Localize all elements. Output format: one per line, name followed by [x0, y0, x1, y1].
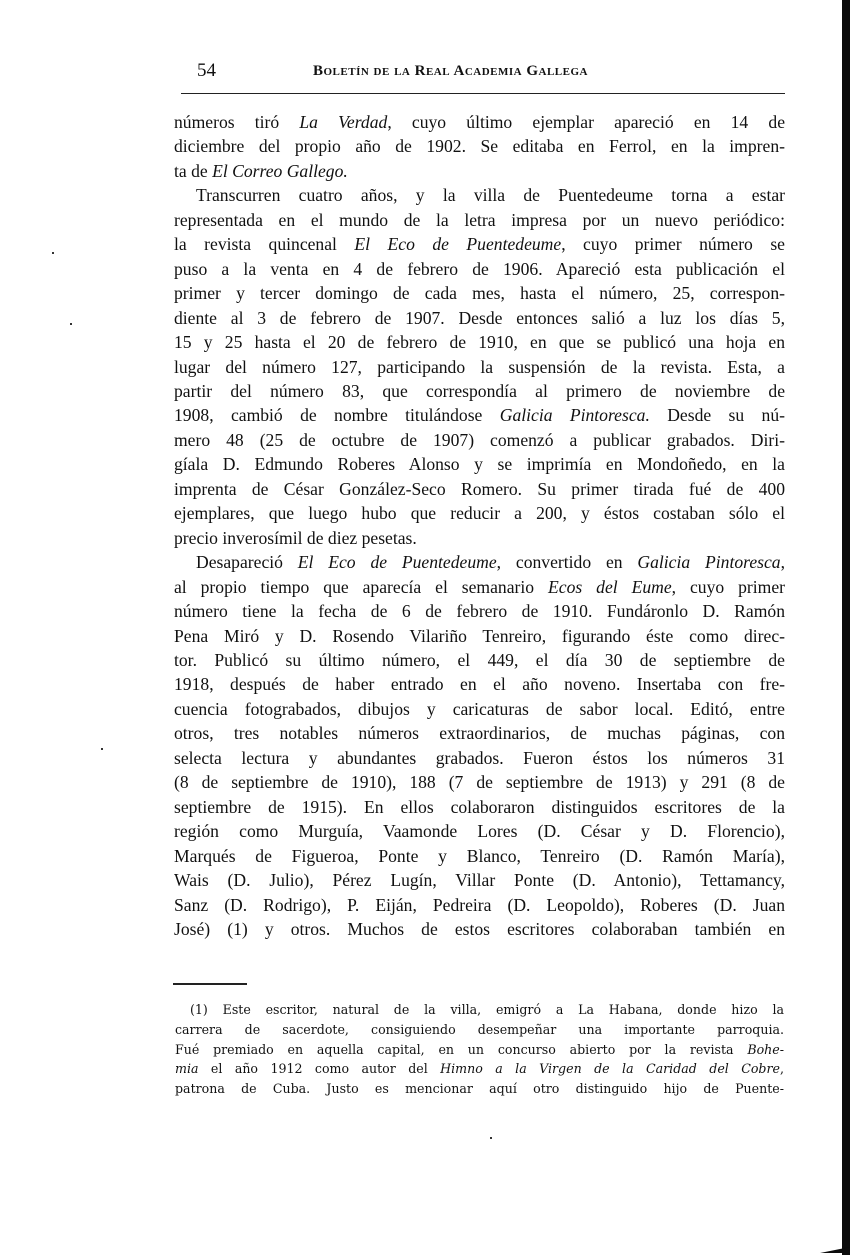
scan-edge	[842, 0, 850, 1255]
scan-speck	[101, 748, 103, 750]
body-line: Desapareció El Eco de Puentedeume, conve…	[174, 550, 785, 574]
footnote-rule	[173, 983, 247, 985]
body-line: gíala D. Edmundo Roberes Alonso y se imp…	[174, 452, 785, 476]
body-line: diciembre del propio año de 1902. Se edi…	[174, 134, 785, 158]
scan-speck	[490, 1137, 492, 1139]
text-run: José) (1) y otros. Muchos de estos escri…	[174, 919, 785, 939]
text-run: mero 48 (25 de octubre de 1907) comenzó …	[174, 430, 785, 450]
text-run: Pena Miró y D. Rosendo Vilariño Tenreiro…	[174, 626, 785, 646]
text-run: el año 1912 como autor del	[198, 1061, 440, 1076]
body-line: Wais (D. Julio), Pérez Lugín, Villar Pon…	[174, 868, 785, 892]
body-line: imprenta de César González-Seco Romero. …	[174, 477, 785, 501]
body-line: al propio tiempo que aparecía el semanar…	[174, 575, 785, 599]
italic-title: Galicia Pintoresca.	[500, 405, 650, 425]
body-line: Transcurren cuatro años, y la villa de P…	[174, 183, 785, 207]
text-run: precio inverosímil de diez pesetas.	[174, 528, 417, 548]
text-run: (1) Este escritor, natural de la villa, …	[190, 1002, 784, 1017]
italic-title: La Verdad	[299, 112, 387, 132]
text-run: representada en el mundo de la letra imp…	[174, 210, 785, 230]
italic-title: El Eco de Puentedeume	[354, 234, 561, 254]
body-line: 15 y 25 hasta el 20 de febrero de 1910, …	[174, 330, 785, 354]
text-run: Wais (D. Julio), Pérez Lugín, Villar Pon…	[174, 870, 785, 890]
text-run: números tiró	[174, 112, 299, 132]
text-run: gíala D. Edmundo Roberes Alonso y se imp…	[174, 454, 785, 474]
text-run: imprenta de César González-Seco Romero. …	[174, 479, 785, 499]
body-line: representada en el mundo de la letra imp…	[174, 208, 785, 232]
body-line: ejemplares, que luego hubo que reducir a…	[174, 501, 785, 525]
body-line: puso a la venta en 4 de febrero de 1906.…	[174, 257, 785, 281]
body-line: ta de El Correo Gallego.	[174, 159, 785, 183]
italic-title: mia	[175, 1061, 198, 1076]
scan-edge-foot	[820, 1247, 850, 1253]
footnote-line: Fué premiado en aquella capital, en un c…	[175, 1040, 784, 1060]
text-run: ta de	[174, 161, 212, 181]
text-run: carrera de sacerdote, consiguiendo desem…	[175, 1022, 784, 1037]
body-line: primer y tercer domingo de cada mes, has…	[174, 281, 785, 305]
body-line: lugar del número 127, participando la su…	[174, 355, 785, 379]
text-run: (8 de septiembre de 1910), 188 (7 de sep…	[174, 772, 785, 792]
text-run: 15 y 25 hasta el 20 de febrero de 1910, …	[174, 332, 785, 352]
text-run: partir del número 83, que correspondía a…	[174, 381, 785, 401]
text-run: patrona de Cuba. Justo es mencionar aquí…	[175, 1081, 784, 1096]
body-line: número tiene la fecha de 6 de febrero de…	[174, 599, 785, 623]
running-head: Boletín de la Real Academia Gallega	[313, 63, 588, 80]
body-line: diente al 3 de febrero de 1907. Desde en…	[174, 306, 785, 330]
body-text: números tiró La Verdad, cuyo último ejem…	[174, 110, 785, 941]
body-line: (8 de septiembre de 1910), 188 (7 de sep…	[174, 770, 785, 794]
body-line: números tiró La Verdad, cuyo último ejem…	[174, 110, 785, 134]
body-line: cuencia fotograbados, dibujos y caricatu…	[174, 697, 785, 721]
body-line: septiembre de 1915). En ellos colaboraro…	[174, 795, 785, 819]
body-line: mero 48 (25 de octubre de 1907) comenzó …	[174, 428, 785, 452]
text-run: 1908, cambió de nombre titulándose	[174, 405, 500, 425]
page-number: 54	[197, 60, 216, 82]
text-run: ,	[780, 1061, 784, 1076]
body-line: José) (1) y otros. Muchos de estos escri…	[174, 917, 785, 941]
scan-speck	[52, 252, 54, 254]
text-run: cuencia fotograbados, dibujos y caricatu…	[174, 699, 785, 719]
text-run: otros, tres notables números extraordina…	[174, 723, 785, 743]
body-line: partir del número 83, que correspondía a…	[174, 379, 785, 403]
body-line: precio inverosímil de diez pesetas.	[174, 526, 785, 550]
text-run: número tiene la fecha de 6 de febrero de…	[174, 601, 785, 621]
text-run: Desapareció	[196, 552, 298, 572]
italic-title: Ecos del Eume	[548, 577, 672, 597]
text-run: tor. Publicó su último número, el 449, e…	[174, 650, 785, 670]
text-run: primer y tercer domingo de cada mes, has…	[174, 283, 785, 303]
body-line: Marqués de Figueroa, Ponte y Blanco, Ten…	[174, 844, 785, 868]
text-run: , convertido en	[497, 552, 638, 572]
scan-speck	[70, 323, 72, 325]
text-run: , cuyo primer	[672, 577, 785, 597]
header-rule	[181, 93, 785, 94]
italic-title: Himno a la Virgen de la Caridad del Cobr…	[440, 1061, 780, 1076]
body-line: la revista quincenal El Eco de Puentedeu…	[174, 232, 785, 256]
text-run: , cuyo primer número se	[561, 234, 785, 254]
text-run: Fué premiado en aquella capital, en un c…	[175, 1042, 747, 1057]
text-run: 1918, después de haber entrado en el año…	[174, 674, 785, 694]
text-run: ,	[781, 552, 785, 572]
text-run: , cuyo último ejemplar apareció en 14 de	[387, 112, 785, 132]
body-line: 1908, cambió de nombre titulándose Galic…	[174, 403, 785, 427]
text-run: Transcurren cuatro años, y la villa de P…	[196, 185, 785, 205]
italic-title: El Correo Gallego.	[212, 161, 348, 181]
text-run: al propio tiempo que aparecía el semanar…	[174, 577, 548, 597]
body-line: región como Murguía, Vaamonde Lores (D. …	[174, 819, 785, 843]
text-run: selecta lectura y abundantes grabados. F…	[174, 748, 785, 768]
text-run: ejemplares, que luego hubo que reducir a…	[174, 503, 785, 523]
body-line: 1918, después de haber entrado en el año…	[174, 672, 785, 696]
text-run: puso a la venta en 4 de febrero de 1906.…	[174, 259, 785, 279]
text-run: lugar del número 127, participando la su…	[174, 357, 785, 377]
body-line: Pena Miró y D. Rosendo Vilariño Tenreiro…	[174, 624, 785, 648]
footnote: (1) Este escritor, natural de la villa, …	[175, 1000, 784, 1099]
text-run: Marqués de Figueroa, Ponte y Blanco, Ten…	[174, 846, 785, 866]
text-run: la revista quincenal	[174, 234, 354, 254]
text-run: región como Murguía, Vaamonde Lores (D. …	[174, 821, 785, 841]
footnote-line: carrera de sacerdote, consiguiendo desem…	[175, 1020, 784, 1040]
text-run: diciembre del propio año de 1902. Se edi…	[174, 136, 785, 156]
body-line: selecta lectura y abundantes grabados. F…	[174, 746, 785, 770]
footnote-line: mia el año 1912 como autor del Himno a l…	[175, 1059, 784, 1079]
footnote-line: (1) Este escritor, natural de la villa, …	[175, 1000, 784, 1020]
body-line: Sanz (D. Rodrigo), P. Eiján, Pedreira (D…	[174, 893, 785, 917]
footnote-line: patrona de Cuba. Justo es mencionar aquí…	[175, 1079, 784, 1099]
body-line: otros, tres notables números extraordina…	[174, 721, 785, 745]
text-run: diente al 3 de febrero de 1907. Desde en…	[174, 308, 785, 328]
text-run: septiembre de 1915). En ellos colaboraro…	[174, 797, 785, 817]
body-line: tor. Publicó su último número, el 449, e…	[174, 648, 785, 672]
italic-title: Galicia Pintoresca	[637, 552, 780, 572]
italic-title: Bohe-	[747, 1042, 784, 1057]
text-run: Sanz (D. Rodrigo), P. Eiján, Pedreira (D…	[174, 895, 785, 915]
italic-title: El Eco de Puentedeume	[298, 552, 497, 572]
text-run: Desde su nú-	[650, 405, 785, 425]
